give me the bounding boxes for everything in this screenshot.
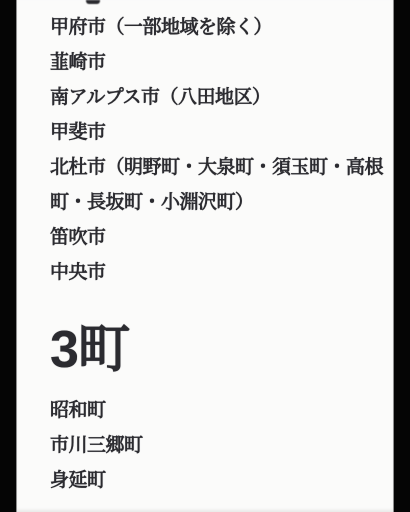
page-content: 甲府市（一部地域を除く） 韮崎市 南アルプス市（八田地区） 甲斐市 北杜市（明野… (16, 0, 394, 512)
list-item-city: 中央市 (50, 255, 390, 290)
towns-list: 昭和町 市川三郷町 身延町 (50, 393, 390, 498)
clipped-character-fragment (86, 0, 100, 4)
right-letterbox-bar (393, 0, 410, 512)
list-item-city: 北杜市（明野町・大泉町・須玉町・高根 町・長坂町・小淵沢町） (50, 150, 390, 220)
list-item-city: 笛吹市 (50, 220, 390, 255)
list-item-city: 韮崎市 (50, 45, 390, 80)
left-letterbox-bar (0, 0, 17, 512)
list-item-city: 甲府市（一部地域を除く） (50, 10, 390, 45)
towns-section-heading: 3町 (50, 320, 390, 380)
screenshot-frame: 甲府市（一部地域を除く） 韮崎市 南アルプス市（八田地区） 甲斐市 北杜市（明野… (0, 0, 410, 512)
cities-list: 甲府市（一部地域を除く） 韮崎市 南アルプス市（八田地区） 甲斐市 北杜市（明野… (50, 10, 390, 290)
list-item-city: 甲斐市 (50, 115, 390, 150)
list-item-town: 市川三郷町 (50, 428, 390, 463)
list-item-town: 身延町 (50, 463, 390, 498)
list-item-city: 南アルプス市（八田地区） (50, 80, 390, 115)
list-item-town: 昭和町 (50, 393, 390, 428)
